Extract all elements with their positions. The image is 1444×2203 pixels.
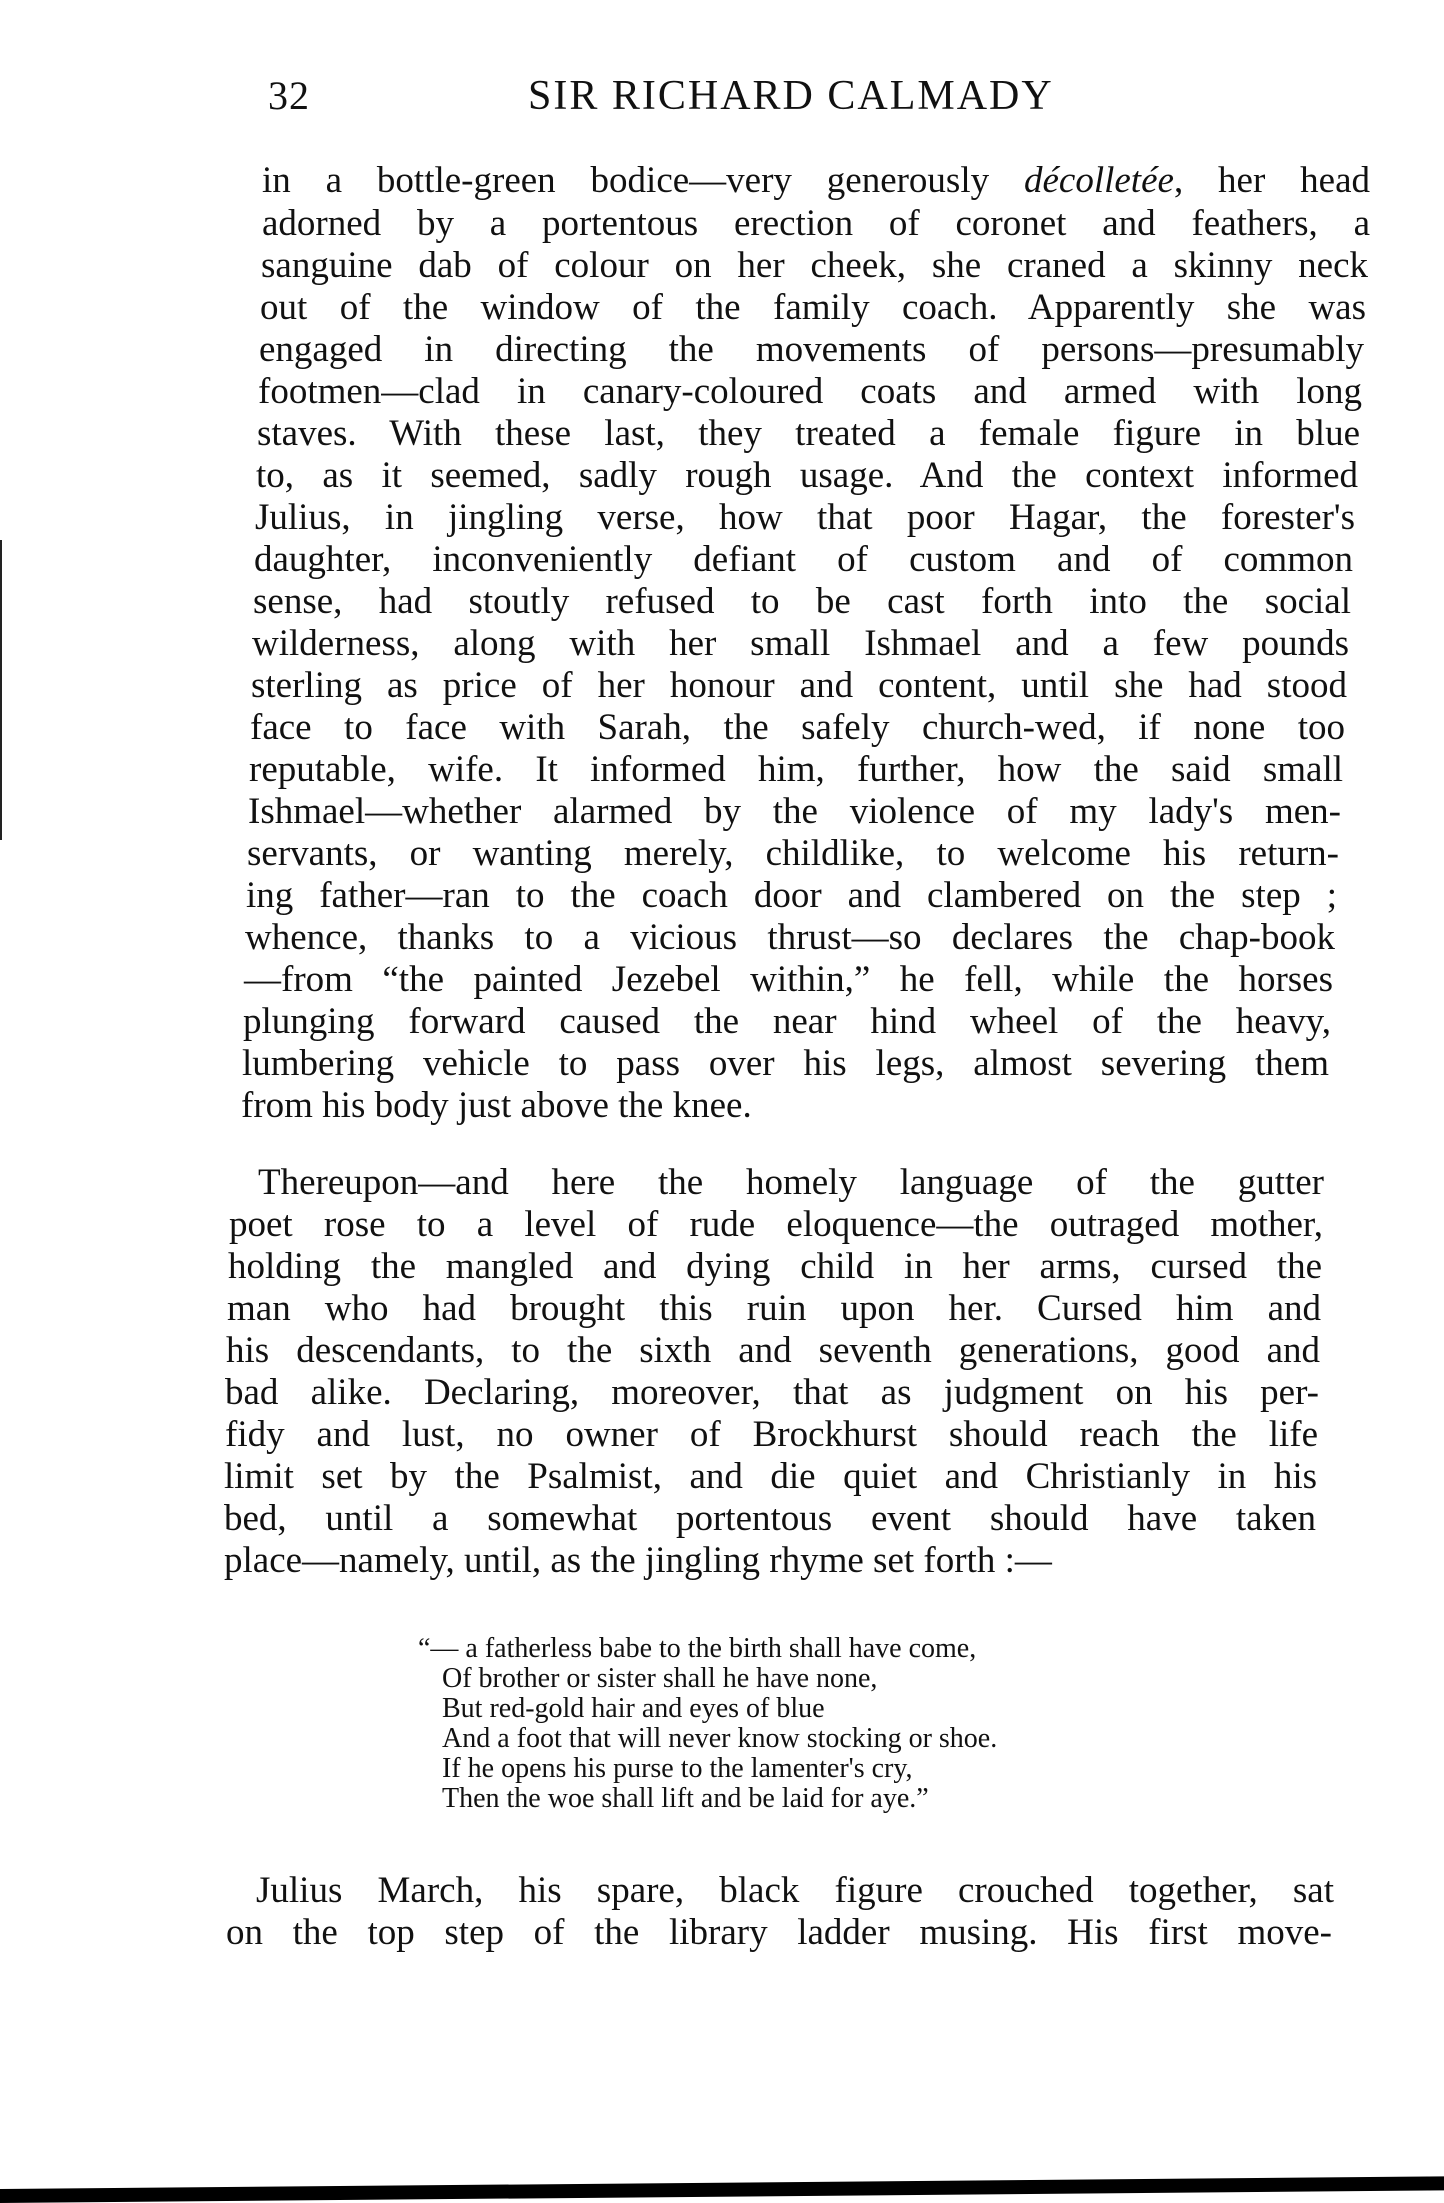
text-line: holding the mangled and dying child in h… xyxy=(228,1246,1322,1287)
text-line: staves. With these last, they treated a … xyxy=(257,413,1360,454)
text-line: servants, or wanting merely, childlike, … xyxy=(247,833,1339,874)
text-line: Julius, in jingling verse, how that poor… xyxy=(255,497,1355,538)
text-line: Ishmael—whether alarmed by the violence … xyxy=(248,791,1341,832)
text-line: face to face with Sarah, the safely chur… xyxy=(250,707,1345,748)
text-line: bed, until a somewhat portentous event s… xyxy=(224,1498,1316,1539)
text-line: adorned by a portentous erection of coro… xyxy=(262,203,1370,244)
text-line: in a bottle-green bodice—very generously… xyxy=(262,160,1370,201)
text-line: sense, had stoutly refused to be cast fo… xyxy=(253,581,1351,622)
text-line: poet rose to a level of rude eloquence—t… xyxy=(229,1204,1323,1245)
page-header: 32 SIR RICHARD CALMADY xyxy=(268,72,1378,132)
verse-line: And a foot that will never know stocking… xyxy=(442,1724,997,1753)
text-line: sterling as price of her honour and cont… xyxy=(251,665,1347,706)
text-line: out of the window of the family coach. A… xyxy=(260,287,1366,328)
text-line: daughter, inconveniently defiant of cust… xyxy=(254,539,1353,580)
verse-line: “— a fatherless babe to the birth shall … xyxy=(418,1634,976,1663)
text-line: fidy and lust, no owner of Brockhurst sh… xyxy=(225,1414,1318,1455)
text-line: engaged in directing the movements of pe… xyxy=(259,329,1364,370)
italic-term: décolletée xyxy=(1024,160,1174,201)
text-line: sanguine dab of colour on her cheek, she… xyxy=(261,245,1368,286)
scan-gutter-edge xyxy=(0,540,2,840)
verse-line: If he opens his purse to the lamenter's … xyxy=(442,1754,913,1783)
book-page: 32 SIR RICHARD CALMADY in a bottle-green… xyxy=(0,0,1444,2203)
text-line: whence, thanks to a vicious thrust—so de… xyxy=(245,917,1335,958)
text-line: Thereupon—and here the homely language o… xyxy=(258,1162,1324,1203)
running-title: SIR RICHARD CALMADY xyxy=(528,72,1054,120)
text-line: to, as it seemed, sadly rough usage. And… xyxy=(256,455,1358,496)
verse-line: Then the woe shall lift and be laid for … xyxy=(442,1784,929,1813)
verse-line: But red-gold hair and eyes of blue xyxy=(442,1694,825,1723)
text-line: plunging forward caused the near hind wh… xyxy=(243,1001,1331,1042)
text-line: place—namely, until, as the jingling rhy… xyxy=(224,1540,1316,1581)
text-line: wilderness, along with her small Ishmael… xyxy=(252,623,1349,664)
text-line: bad alike. Declaring, moreover, that as … xyxy=(225,1372,1319,1413)
text-line: on the top step of the library ladder mu… xyxy=(226,1912,1332,1953)
scan-bottom-edge xyxy=(0,2176,1444,2203)
text-line: his descendants, to the sixth and sevent… xyxy=(226,1330,1320,1371)
text-line: footmen—clad in canary-coloured coats an… xyxy=(258,371,1362,412)
text-line: man who had brought this ruin upon her. … xyxy=(227,1288,1321,1329)
text-line: reputable, wife. It informed him, furthe… xyxy=(249,749,1343,790)
text-line: ing father—ran to the coach door and cla… xyxy=(246,875,1337,916)
text-line: limit set by the Psalmist, and die quiet… xyxy=(224,1456,1317,1497)
text-line: Julius March, his spare, black figure cr… xyxy=(256,1870,1334,1911)
text-line: from his body just above the knee. xyxy=(241,1085,1327,1126)
line-part: , her head xyxy=(1174,160,1370,201)
verse-line: Of brother or sister shall he have none, xyxy=(442,1664,877,1693)
text-line: lumbering vehicle to pass over his legs,… xyxy=(242,1043,1329,1084)
line-part: in a bottle-green bodice—very generously xyxy=(262,160,1024,201)
text-line: —from “the painted Jezebel within,” he f… xyxy=(244,959,1333,1000)
page-number: 32 xyxy=(268,72,310,119)
